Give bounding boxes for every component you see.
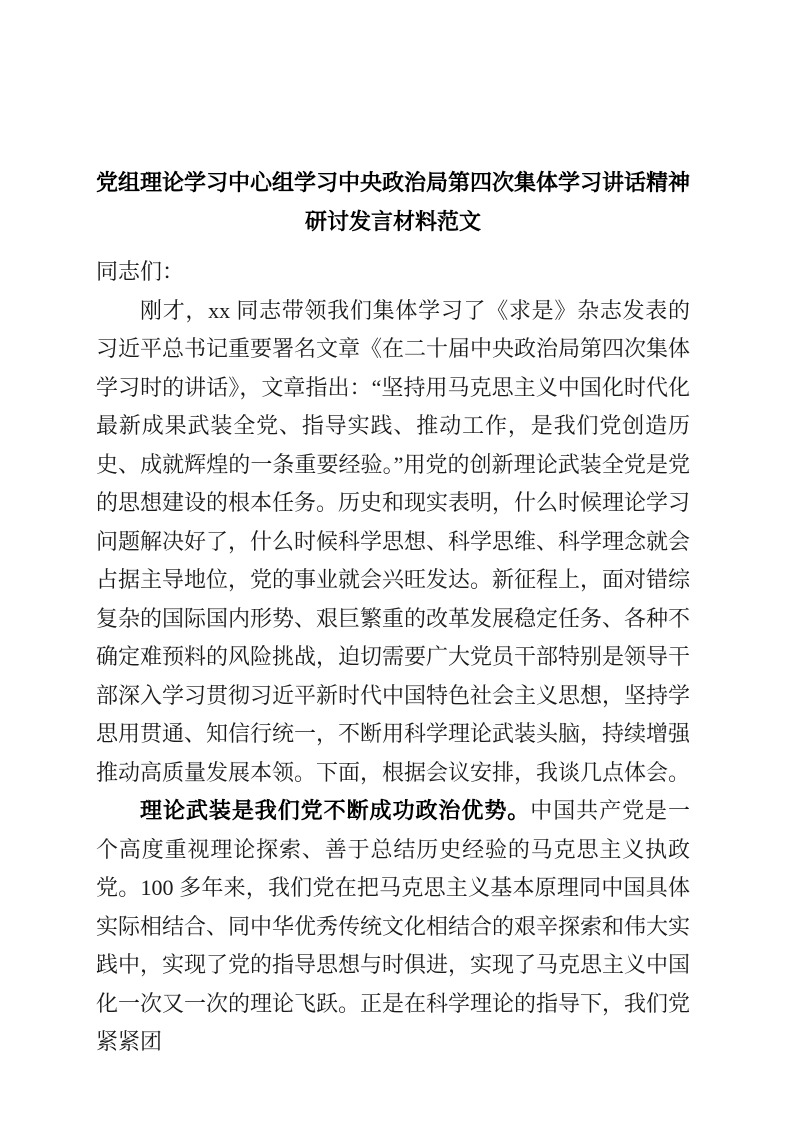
document-title: 党组理论学习中心组学习中央政治局第四次集体学习讲话精神研讨发言材料范文 xyxy=(96,164,690,241)
paragraph-theory-armed-bold-lead: 理论武装是我们党不断成功政治优势。 xyxy=(140,798,530,823)
salutation: 同志们： xyxy=(96,253,690,292)
document-page: 党组理论学习中心组学习中央政治局第四次集体学习讲话精神研讨发言材料范文 同志们：… xyxy=(0,0,793,1122)
paragraph-opening-text: 刚才，xx 同志带领我们集体学习了《求是》杂志发表的习近平总书记重要署名文章《在… xyxy=(96,298,690,785)
paragraph-opening: 刚才，xx 同志带领我们集体学习了《求是》杂志发表的习近平总书记重要署名文章《在… xyxy=(96,292,690,793)
paragraph-theory-armed: 理论武装是我们党不断成功政治优势。中国共产党是一个高度重视理论探索、善于总结历史… xyxy=(96,792,690,1062)
paragraph-theory-armed-text: 中国共产党是一个高度重视理论探索、善于总结历史经验的马克思主义执政党。100 多… xyxy=(96,798,690,1054)
